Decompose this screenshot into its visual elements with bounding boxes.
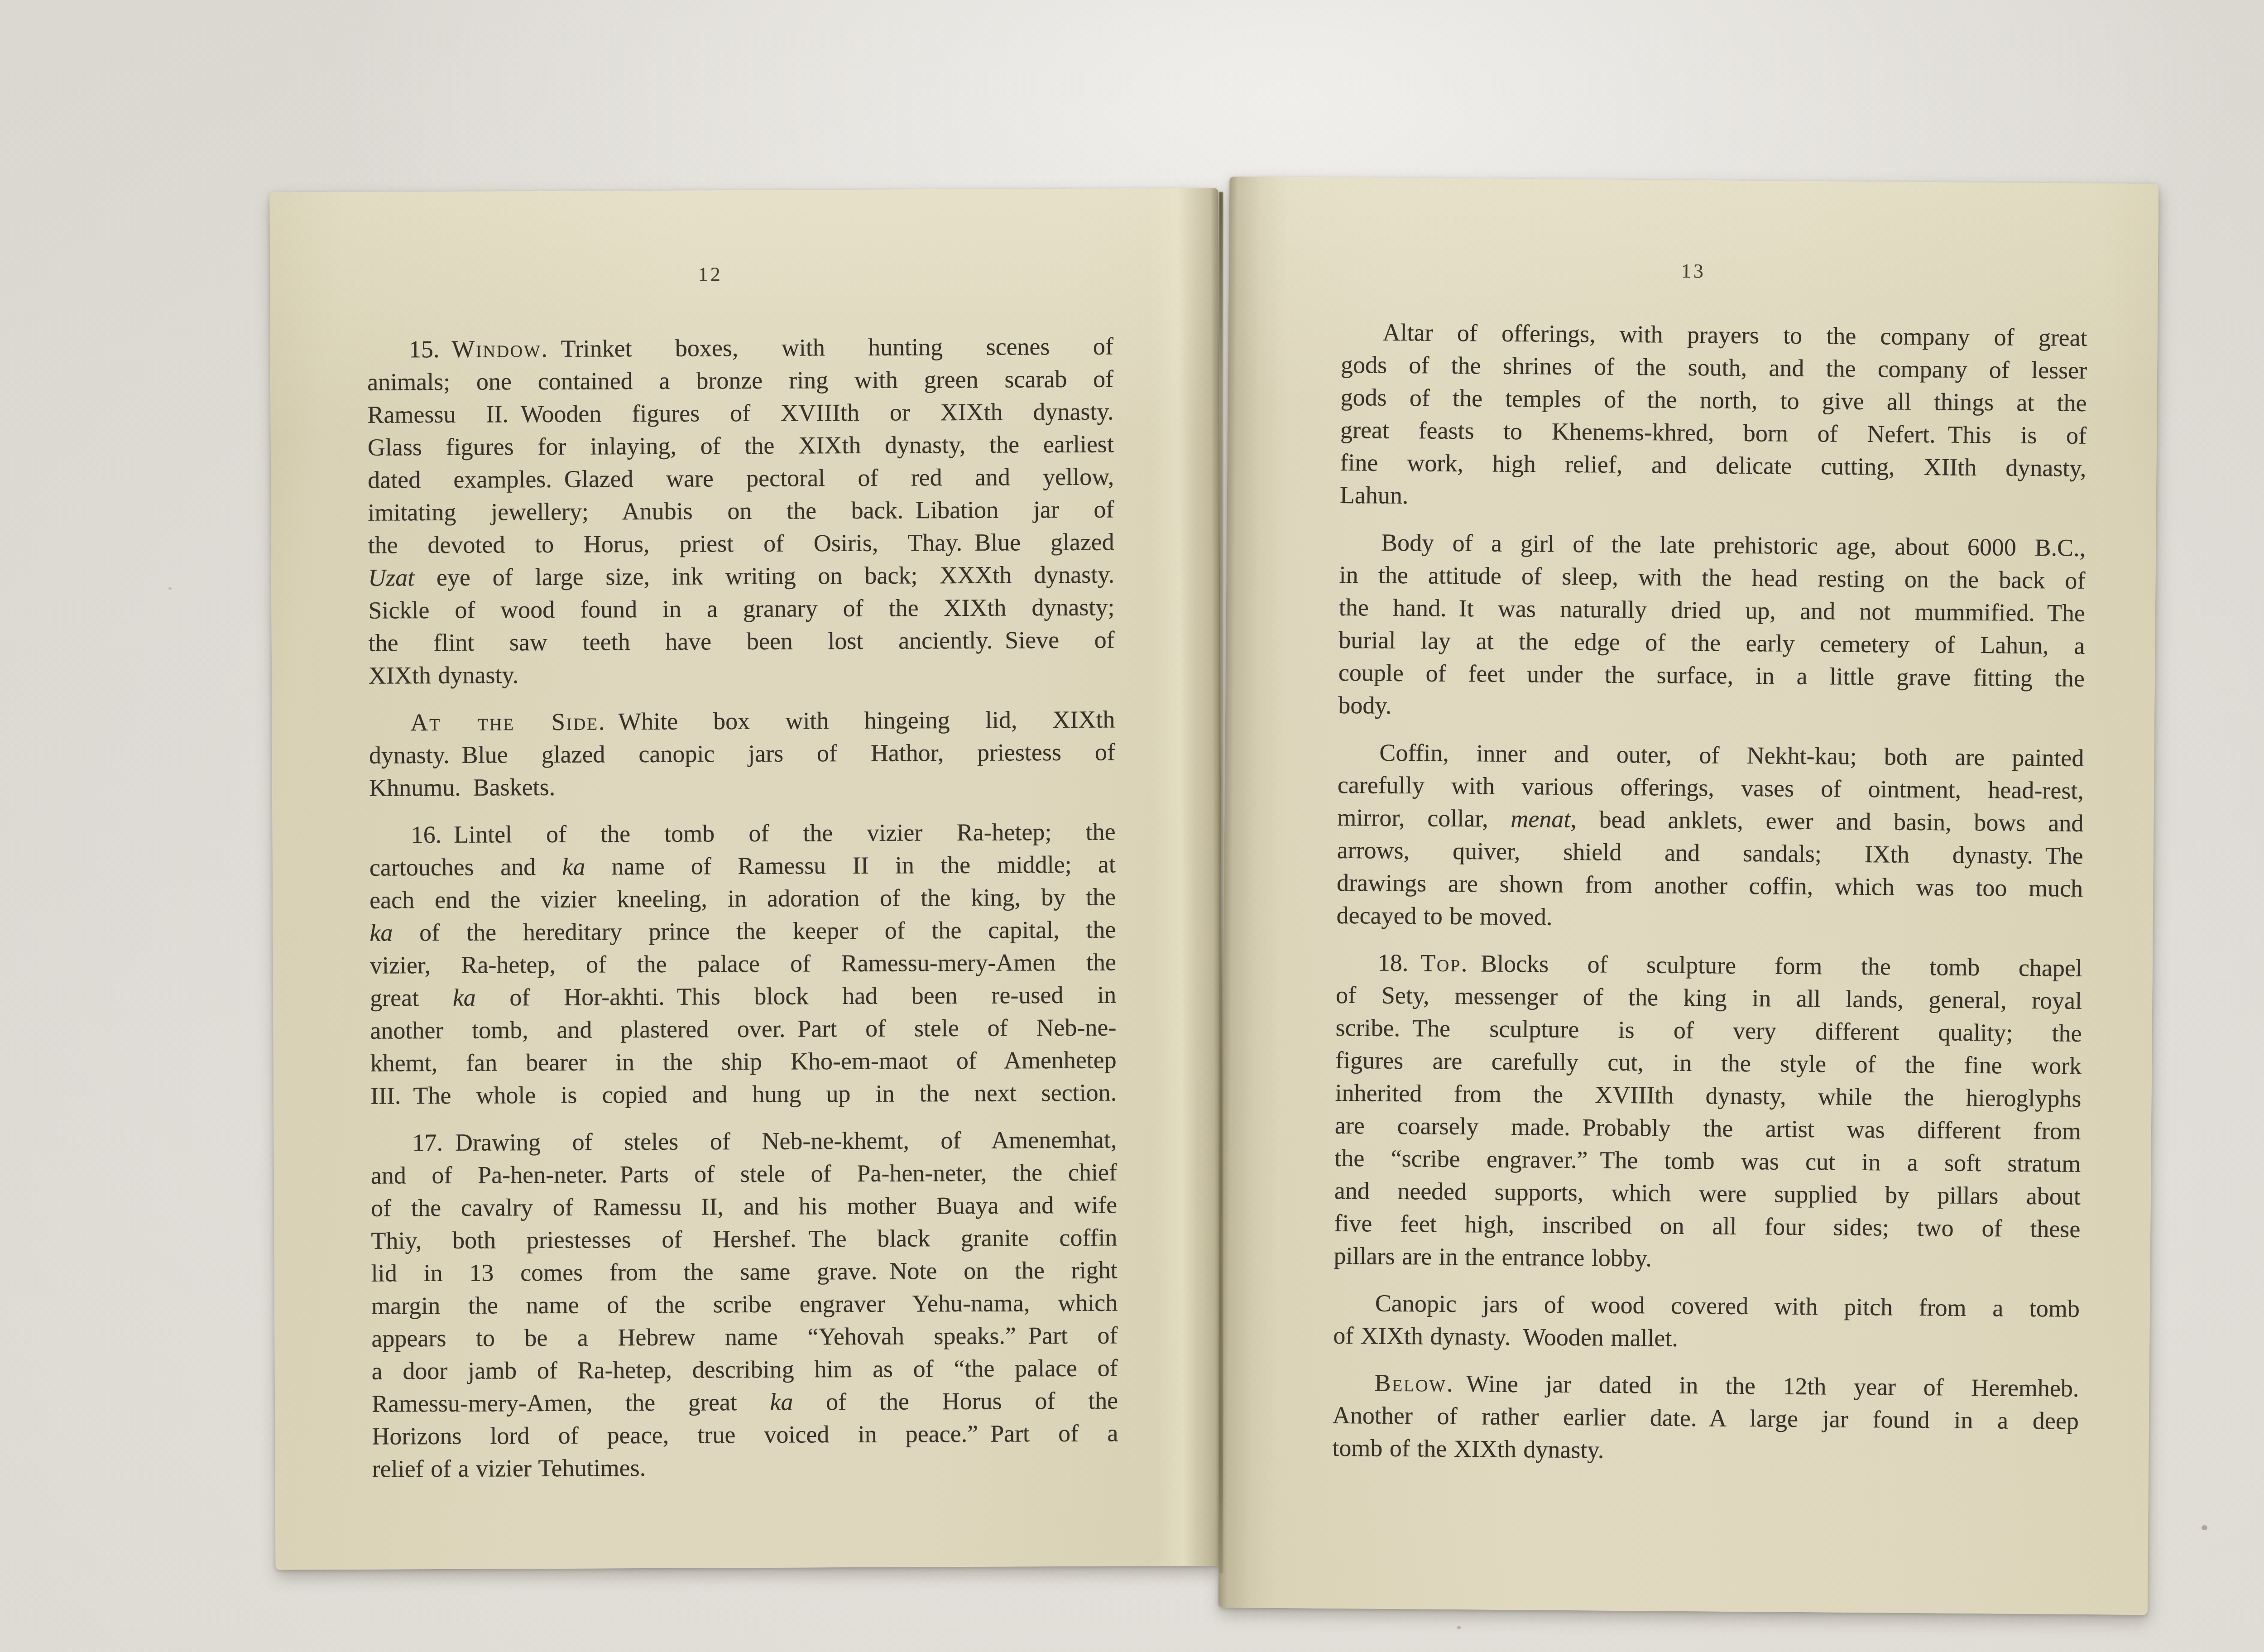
text-line: carefully with various offerings, vases …	[1338, 768, 2084, 807]
text-line: five feet high, inscribed on all four si…	[1334, 1207, 2081, 1245]
text-line: Uzat eye of large size, ink writing on b…	[368, 558, 1114, 594]
right-page: 13 Altar of offerings, with prayers to t…	[1218, 177, 2159, 1615]
text-line: appears to be a Hebrew name “Yehovah spe…	[371, 1319, 1118, 1354]
text-line: dated examples. Glazed ware pectoral of …	[368, 460, 1114, 496]
text-line: drawings are shown from another coffin, …	[1337, 866, 2083, 905]
text-line: 16. Lintel of the tomb of the vizier Ra-…	[369, 815, 1115, 851]
text-line: Body of a girl of the late prehistoric a…	[1339, 526, 2086, 564]
text-line: Glass figures for inlaying, of the XIXth…	[368, 427, 1114, 463]
text-line: Thiy, both priestesses of Hershef. The b…	[371, 1221, 1117, 1257]
dust-speck	[168, 587, 172, 590]
text-line: inherited from the XVIIIth dynasty, whil…	[1335, 1076, 2082, 1115]
text-line: 18. Top. Blocks of sculpture form the to…	[1336, 946, 2083, 984]
left-page-number: 12	[270, 260, 1218, 288]
text-line: of the cavalry of Ramessu II, and his mo…	[371, 1188, 1117, 1224]
text-line: imitating jewellery; Anubis on the back.…	[368, 493, 1114, 528]
text-line: XIXth dynasty.	[369, 656, 1115, 692]
paragraph: Below. Wine jar dated in the 12th year o…	[1332, 1366, 2079, 1470]
paragraph: 17. Drawing of steles of Neb-ne-khemt, o…	[370, 1123, 1118, 1485]
text-line: At the Side. White box with hingeing lid…	[369, 703, 1115, 739]
left-page: 12 15. Window. Trinket boxes, with hunti…	[269, 188, 1224, 1570]
text-line: margin the name of the scribe engraver Y…	[371, 1286, 1118, 1322]
book-gutter	[1219, 192, 1223, 1573]
text-line: Sickle of wood found in a granary of the…	[368, 591, 1114, 626]
text-line: vizier, Ra-hetep, of the palace of Rames…	[370, 946, 1116, 981]
text-line: gods of the temples of the north, to giv…	[1340, 381, 2087, 419]
text-line: and of Pa-hen-neter. Parts of stele of P…	[371, 1156, 1117, 1191]
text-line: in the attitude of sleep, with the head …	[1339, 558, 2086, 597]
text-line: couple of feet under the surface, in a l…	[1338, 656, 2085, 695]
text-line: lid in 13 comes from the same grave. Not…	[371, 1253, 1118, 1289]
text-line: of Sety, messenger of the king in all la…	[1336, 979, 2082, 1017]
text-line: the flint saw teeth have been lost ancie…	[369, 623, 1115, 659]
paragraph: Coffin, inner and outer, of Nekht-kau; b…	[1336, 736, 2084, 937]
text-line: tomb of the XIXth dynasty.	[1332, 1431, 2079, 1470]
text-line: mirror, collar, menat, bead anklets, ewe…	[1337, 801, 2084, 840]
text-line: Another of rather earlier date. A large …	[1333, 1399, 2079, 1437]
text-line: khemt, fan bearer in the ship Kho-em-mao…	[370, 1043, 1117, 1079]
text-line: the “scribe engraver.” The tomb was cut …	[1334, 1142, 2081, 1180]
text-line: cartouches and ka name of Ramessu II in …	[369, 848, 1116, 884]
left-page-text: 15. Window. Trinket boxes, with hunting …	[367, 330, 1118, 1499]
text-line: pillars are in the entrance lobby.	[1333, 1239, 2080, 1278]
text-line: great ka of Hor-akhti. This block had be…	[370, 978, 1116, 1014]
text-line: III. The whole is copied and hung up in …	[370, 1076, 1117, 1112]
text-line: fine work, high relief, and delicate cut…	[1340, 446, 2087, 485]
text-line: animals; one contained a bronze ring wit…	[367, 362, 1113, 398]
text-line: Below. Wine jar dated in the 12th year o…	[1333, 1366, 2079, 1405]
text-line: Ramessu-mery-Amen, the great ka of the H…	[372, 1384, 1118, 1420]
text-line: burial lay at the edge of the early ceme…	[1338, 624, 2085, 662]
text-line: a door jamb of Ra-hetep, describing him …	[372, 1351, 1118, 1387]
paragraph: 18. Top. Blocks of sculpture form the to…	[1333, 946, 2082, 1278]
text-line: are coarsely made. Probably the artist w…	[1335, 1109, 2082, 1148]
text-line: Lahun.	[1340, 479, 2087, 517]
dust-speck	[1457, 1626, 1461, 1629]
text-line: 17. Drawing of steles of Neb-ne-khemt, o…	[370, 1123, 1117, 1159]
text-line: gods of the shrines of the south, and th…	[1341, 348, 2087, 387]
text-line: decayed to be moved.	[1336, 899, 2083, 937]
text-line: another tomb, and plastered over. Part o…	[370, 1011, 1116, 1047]
paragraph: 15. Window. Trinket boxes, with hunting …	[367, 330, 1115, 692]
dust-speck	[2202, 1525, 2207, 1530]
text-line: Canopic jars of wood covered with pitch …	[1333, 1287, 2080, 1325]
text-line: Ramessu II. Wooden figures of XVIIIth or…	[367, 395, 1113, 431]
text-line: Altar of offerings, with prayers to the …	[1341, 316, 2087, 354]
text-line: arrows, quiver, shield and sandals; IXth…	[1337, 834, 2083, 872]
right-page-number: 13	[1229, 256, 2158, 286]
text-line: relief of a vizier Tehutimes.	[372, 1449, 1118, 1485]
text-line: great feasts to Khenems-khred, born of N…	[1340, 413, 2087, 452]
text-line: the devoted to Horus, priest of Osiris, …	[368, 525, 1114, 561]
text-line: figures are carefully cut, in the style …	[1335, 1044, 2082, 1082]
text-line: and needed supports, which were supplied…	[1334, 1174, 2081, 1213]
paragraph: At the Side. White box with hingeing lid…	[369, 703, 1115, 804]
paragraph: 16. Lintel of the tomb of the vizier Ra-…	[369, 815, 1117, 1112]
text-line: of XIXth dynasty. Wooden mallet.	[1333, 1319, 2080, 1358]
paragraph: Altar of offerings, with prayers to the …	[1340, 316, 2087, 517]
right-page-text: Altar of offerings, with prayers to the …	[1332, 316, 2087, 1484]
book-spread-photo: 12 15. Window. Trinket boxes, with hunti…	[0, 0, 2264, 1652]
text-line: Coffin, inner and outer, of Nekht-kau; b…	[1338, 736, 2084, 774]
paragraph: Canopic jars of wood covered with pitch …	[1333, 1287, 2080, 1358]
text-line: ka of the hereditary prince the keeper o…	[369, 913, 1116, 949]
text-line: 15. Window. Trinket boxes, with hunting …	[367, 330, 1113, 365]
text-line: the hand. It was naturally dried up, and…	[1339, 591, 2086, 629]
text-line: scribe. The sculpture is of very differe…	[1335, 1011, 2082, 1050]
text-line: body.	[1338, 689, 2085, 727]
paragraph: Body of a girl of the late prehistoric a…	[1338, 526, 2086, 727]
text-line: dynasty. Blue glazed canopic jars of Hat…	[369, 735, 1115, 771]
text-line: each end the vizier kneeling, in adorati…	[369, 880, 1116, 916]
text-line: Horizons lord of peace, true voiced in p…	[372, 1417, 1118, 1452]
text-line: Khnumu. Baskets.	[369, 768, 1115, 804]
